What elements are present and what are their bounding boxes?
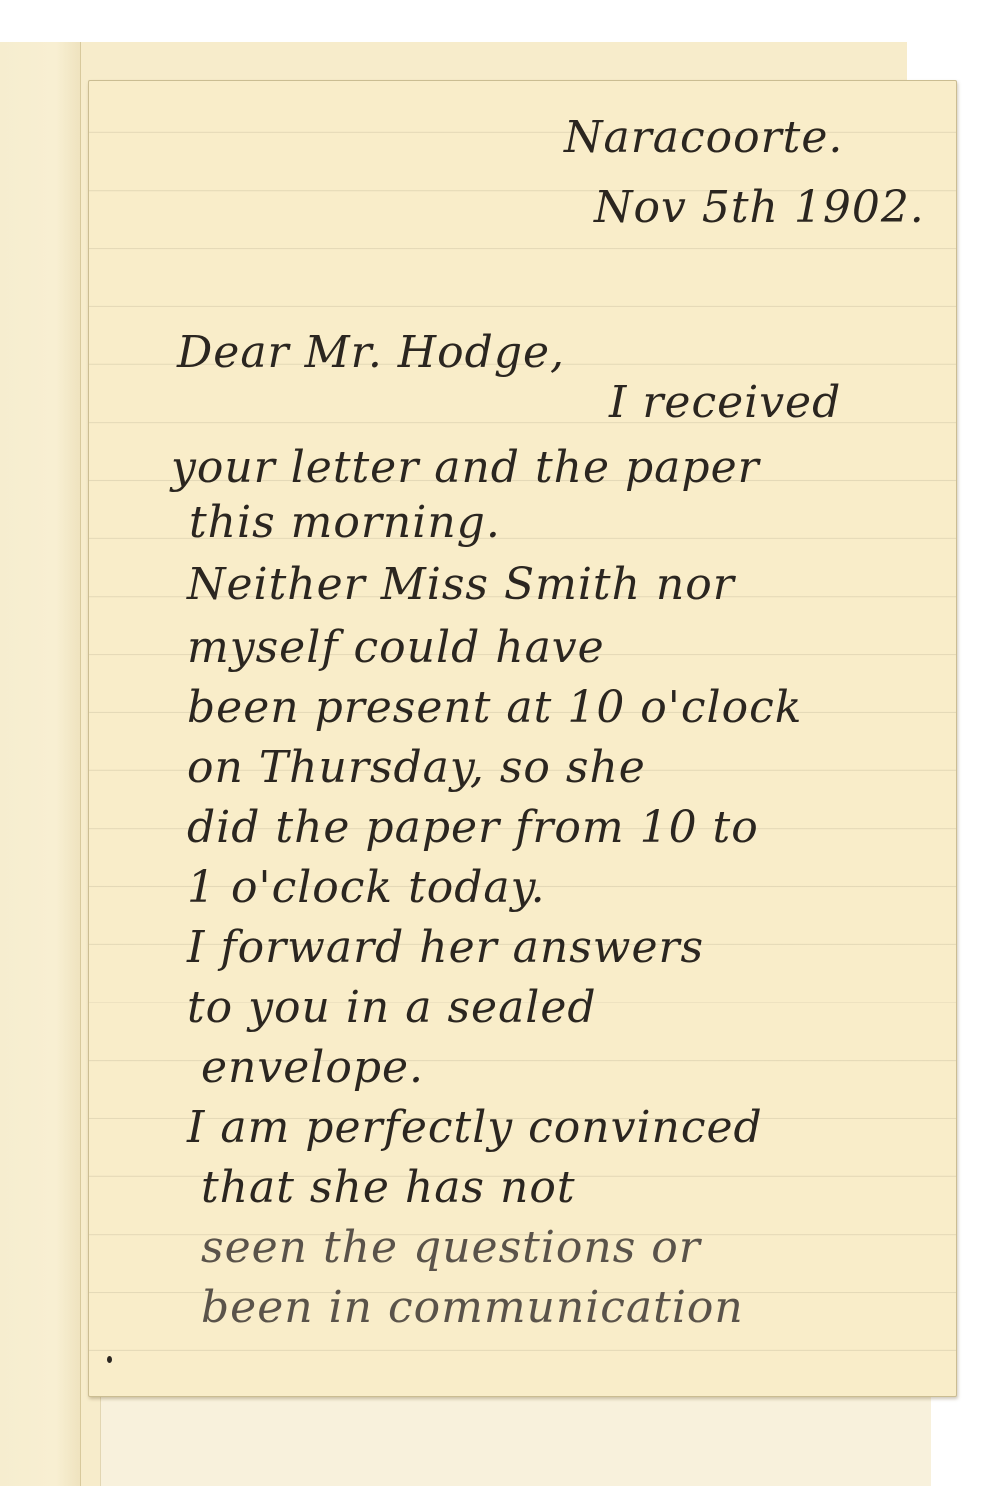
body-line-10: I forward her answers <box>187 926 704 970</box>
body-line-7: on Thursday, so she <box>187 746 646 790</box>
body-line-9: 1 o'clock today. <box>187 866 546 910</box>
body-line-2: your letter and the paper <box>171 446 760 490</box>
body-line-6: been present at 10 o'clock <box>187 686 802 730</box>
letter-sheet: Naracoorte. Nov 5th 1902. Dear Mr. Hodge… <box>88 80 957 1397</box>
salutation: Dear Mr. Hodge, <box>177 331 565 375</box>
lower-sheet <box>100 1395 931 1486</box>
body-line-14: that she has not <box>201 1166 576 1210</box>
body-line-1: I received <box>609 381 841 425</box>
ink-spot <box>107 1356 112 1363</box>
letter-date: Nov 5th 1902. <box>594 186 925 230</box>
body-line-3: this morning. <box>189 501 501 545</box>
body-line-4: Neither Miss Smith nor <box>187 563 735 607</box>
left-page <box>0 42 81 1486</box>
body-line-16: been in communication <box>201 1286 744 1330</box>
body-line-12: envelope. <box>201 1046 424 1090</box>
body-line-15: seen the questions or <box>201 1226 701 1270</box>
body-line-13: I am perfectly convinced <box>187 1106 763 1150</box>
body-line-5: myself could have <box>187 626 605 670</box>
body-line-11: to you in a sealed <box>187 986 597 1030</box>
body-line-8: did the paper from 10 to <box>187 806 759 850</box>
letter-place: Naracoorte. <box>564 116 843 160</box>
